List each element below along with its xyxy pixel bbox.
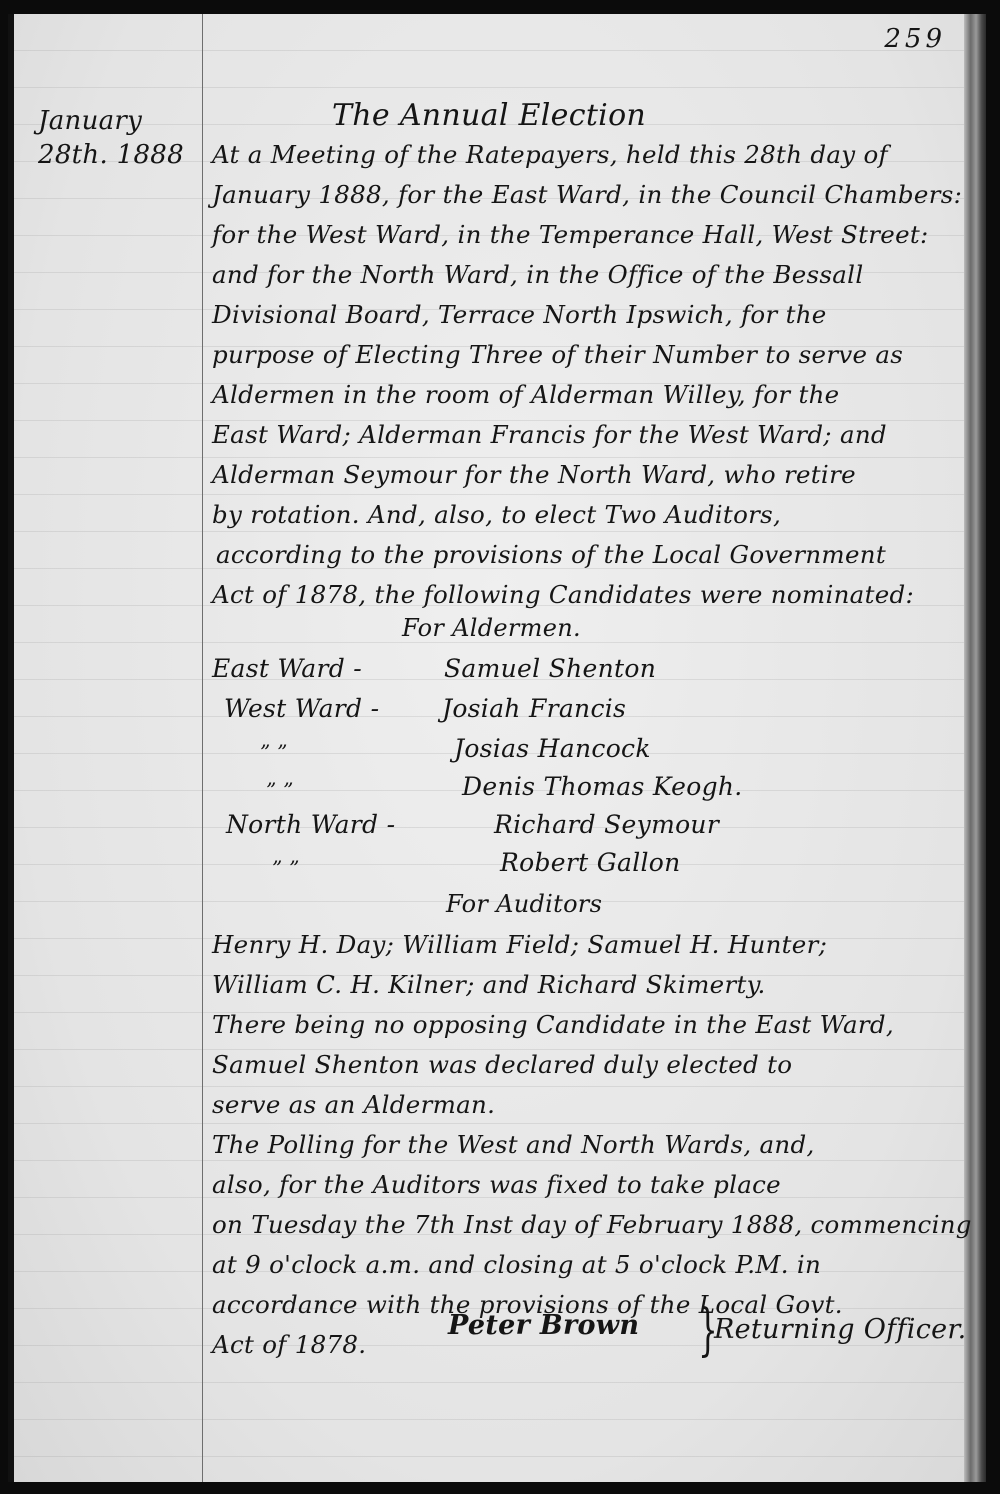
candidate-name: Richard Seymour xyxy=(494,810,719,839)
ward-label: West Ward - xyxy=(224,694,379,723)
polling-line: The Polling for the West and North Wards… xyxy=(212,1130,815,1159)
auditors-heading: For Auditors xyxy=(446,890,602,918)
opening-line: East Ward; Alderman Francis for the West… xyxy=(212,420,887,449)
opening-line: January 1888, for the East Ward, in the … xyxy=(212,180,962,209)
opening-line: Act of 1878, the following Candidates we… xyxy=(212,580,914,609)
opening-line: for the West Ward, in the Temperance Hal… xyxy=(212,220,929,249)
signature-name: Peter Brown xyxy=(448,1310,639,1341)
candidate-name: Robert Gallon xyxy=(500,848,681,877)
polling-line: also, for the Auditors was fixed to take… xyxy=(212,1170,781,1199)
result-line: Samuel Shenton was declared duly elected… xyxy=(212,1050,792,1079)
result-line: serve as an Alderman. xyxy=(212,1090,495,1119)
polling-line: on Tuesday the 7th Inst day of February … xyxy=(212,1210,972,1239)
page-edge-binding xyxy=(964,14,986,1482)
candidate-name: Denis Thomas Keogh. xyxy=(462,772,743,801)
margin-date-day-year: 28th. 1888 xyxy=(38,140,184,170)
opening-line: according to the provisions of the Local… xyxy=(216,540,886,569)
ledger-page: 259 January 28th. 1888 The Annual Electi… xyxy=(8,14,986,1482)
margin-rule xyxy=(202,14,203,1482)
auditors-line: Henry H. Day; William Field; Samuel H. H… xyxy=(212,930,827,959)
candidate-name: Josias Hancock xyxy=(454,734,651,763)
auditors-line: William C. H. Kilner; and Richard Skimer… xyxy=(212,970,766,999)
opening-line: At a Meeting of the Ratepayers, held thi… xyxy=(212,140,888,169)
page-number: 259 xyxy=(884,24,946,54)
margin-date-month: January xyxy=(38,106,142,136)
result-line: There being no opposing Candidate in the… xyxy=(212,1010,894,1039)
signature-role: Returning Officer. xyxy=(714,1314,967,1345)
candidate-name: Samuel Shenton xyxy=(444,654,656,683)
aldermen-heading: For Aldermen. xyxy=(402,614,581,642)
ward-label: East Ward - xyxy=(212,654,362,683)
ditto-mark: ” ” xyxy=(266,778,294,802)
opening-line: Aldermen in the room of Alderman Willey,… xyxy=(212,380,839,409)
ward-label: North Ward - xyxy=(226,810,395,839)
opening-line: and for the North Ward, in the Office of… xyxy=(212,260,863,289)
opening-line: Alderman Seymour for the North Ward, who… xyxy=(212,460,856,489)
ditto-mark: ” ” xyxy=(272,856,300,880)
opening-line: purpose of Electing Three of their Numbe… xyxy=(212,340,903,369)
entry-title: The Annual Election xyxy=(332,98,646,133)
polling-line: at 9 o'clock a.m. and closing at 5 o'clo… xyxy=(212,1250,821,1279)
ditto-mark: ” ” xyxy=(260,740,288,764)
polling-line: Act of 1878. xyxy=(212,1330,366,1359)
opening-line: Divisional Board, Terrace North Ipswich,… xyxy=(212,300,827,329)
candidate-name: Josiah Francis xyxy=(442,694,626,723)
opening-line: by rotation. And, also, to elect Two Aud… xyxy=(212,500,781,529)
